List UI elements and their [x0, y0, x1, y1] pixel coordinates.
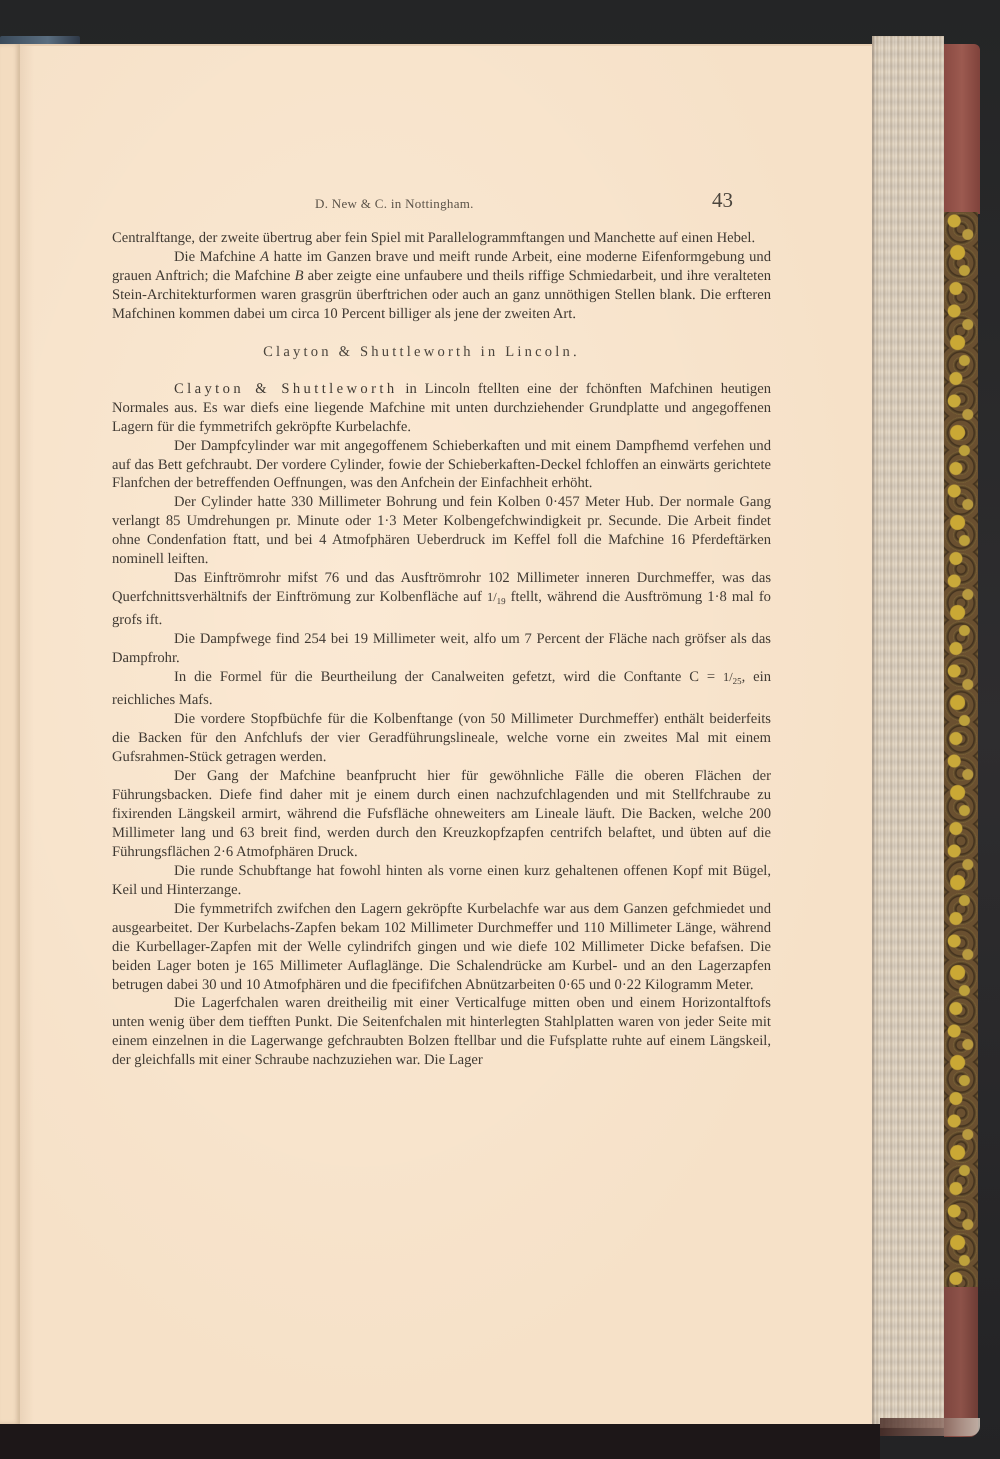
paragraph-pipes: Das Einftrömrohr mifst 76 und das Ausftr…	[112, 569, 771, 630]
machine-a-label: A	[260, 249, 269, 265]
paragraph-bearings: Die Lagerfchalen waren dreitheilig mit e…	[112, 994, 771, 1070]
bottom-shadow	[0, 1424, 880, 1459]
running-head: D. New & C. in Nottingham. 43	[20, 192, 872, 216]
section-heading: Clayton & Shuttleworth in Lincoln.	[112, 343, 771, 362]
book-page: D. New & C. in Nottingham. 43 Centralfta…	[20, 44, 872, 1424]
cover-bottom-edge	[880, 1418, 980, 1436]
fraction-denominator: 25	[733, 676, 742, 686]
book-page-edges	[872, 36, 944, 1428]
fraction-denominator: 19	[497, 596, 506, 606]
paragraph-machines-comparison: Die Mafchine A hatte im Ganzen brave und…	[112, 248, 771, 324]
paragraph-continuation: Centralftange, der zweite übertrug aber …	[112, 229, 771, 248]
cover-marbled-board	[944, 212, 978, 1287]
paragraph-cylinder: Der Dampfcylinder war mit angegoffenem S…	[112, 437, 771, 494]
fraction-1-19: 1/19	[487, 590, 506, 604]
text-run: Die Mafchine	[174, 249, 260, 265]
paragraph-bore: Der Cylinder hatte 330 Millimeter Bohrun…	[112, 493, 771, 569]
paragraph-crankshaft: Die fymmetrifch zwifchen den Lagern gekr…	[112, 900, 771, 995]
paragraph-steam-ports: Die Dampfwege find 254 bei 19 Millimeter…	[112, 630, 771, 668]
previous-page-sliver	[0, 44, 22, 1424]
fraction-numerator: 1/	[723, 670, 733, 684]
running-title: D. New & C. in Nottingham.	[315, 196, 474, 212]
page-top-edge	[20, 44, 872, 46]
company-name-spaced: Clayton & Shuttleworth	[174, 381, 398, 397]
text-run: In die Formel für die Beurtheilung der C…	[174, 669, 723, 685]
body-text: Centralftange, der zweite übertrug aber …	[112, 229, 771, 1070]
page-number: 43	[712, 188, 733, 213]
paragraph-formula: In die Formel für die Beurtheilung der C…	[112, 668, 771, 710]
paragraph-connecting-rod: Die runde Schubftange hat fowohl hinten …	[112, 862, 771, 900]
paragraph-guide-blocks: Der Gang der Mafchine beanfprucht hier f…	[112, 767, 771, 862]
cover-leather-corner-top	[944, 44, 980, 214]
fraction-1-25: 1/25	[723, 670, 742, 684]
paragraph-intro: Clayton & Shuttleworth in Lincoln ftellt…	[112, 380, 771, 437]
cover-leather-corner-bottom	[944, 1287, 978, 1437]
paragraph-stuffing-box: Die vordere Stopfbüchfe für die Kolbenft…	[112, 710, 771, 767]
fraction-numerator: 1/	[487, 590, 497, 604]
